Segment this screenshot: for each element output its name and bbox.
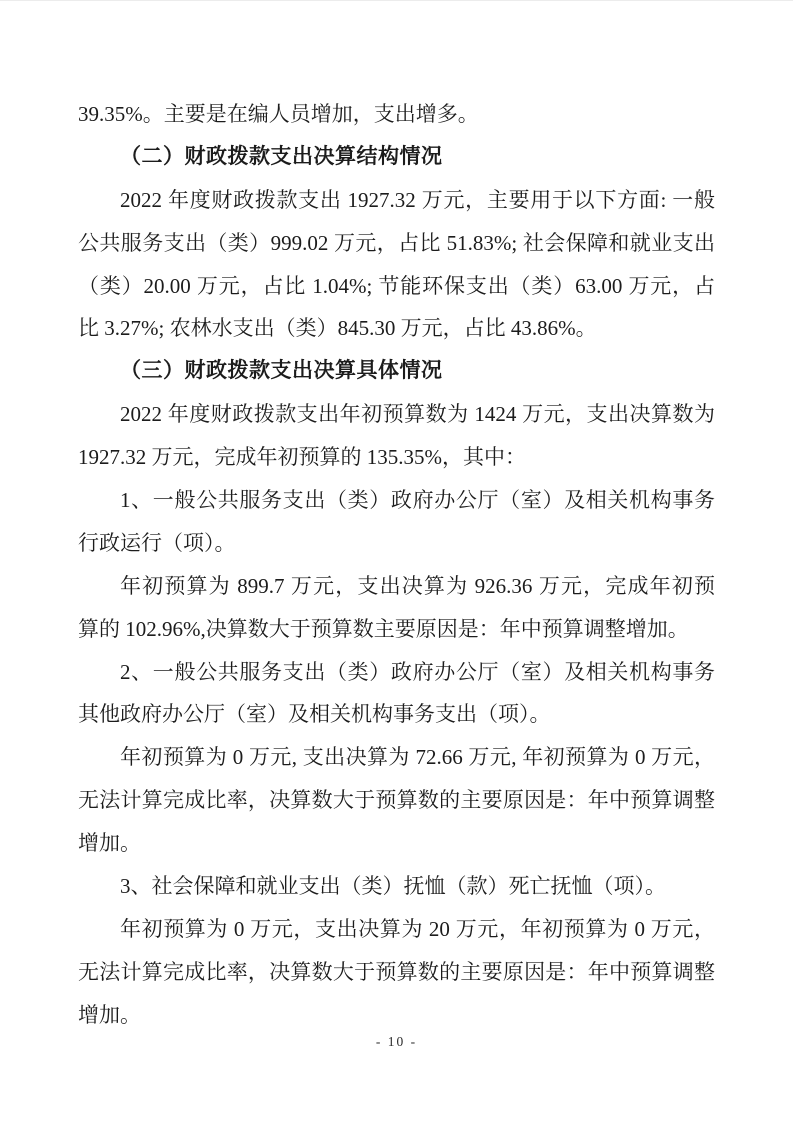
section-heading: （二）财政拨款支出决算结构情况 <box>78 136 715 179</box>
body-line: 2022 年度财政拨款支出 1927.32 万元，主要用于以下方面: 一般 <box>78 179 715 222</box>
body-line: 比 3.27%; 农林水支出（类）845.30 万元，占比 43.86%。 <box>78 307 715 350</box>
body-line: 无法计算完成比率，决算数大于预算数的主要原因是：年中预算调整 <box>78 779 715 822</box>
body-line: 算的 102.96%,决算数大于预算数主要原因是：年中预算调整增加。 <box>78 608 715 651</box>
body-line: 2、一般公共服务支出（类）政府办公厅（室）及相关机构事务（款） <box>78 651 715 694</box>
body-line: 1、一般公共服务支出（类）政府办公厅（室）及相关机构事务（款） <box>78 479 715 522</box>
body-line: （类）20.00 万元，占比 1.04%; 节能环保支出（类）63.00 万元，… <box>78 265 715 308</box>
body-line: 年初预算为 899.7 万元，支出决算为 926.36 万元，完成年初预 <box>78 565 715 608</box>
body-line: 无法计算完成比率，决算数大于预算数的主要原因是：年中预算调整 <box>78 951 715 994</box>
body-line: 39.35%。主要是在编人员增加，支出增多。 <box>78 93 715 136</box>
document-page: 39.35%。主要是在编人员增加，支出增多。 （二）财政拨款支出决算结构情况 2… <box>0 0 793 1123</box>
body-line: 1927.32 万元，完成年初预算的 135.35%，其中： <box>78 436 715 479</box>
body-line: 增加。 <box>78 994 715 1037</box>
body-line: 2022 年度财政拨款支出年初预算数为 1424 万元，支出决算数为 <box>78 393 715 436</box>
section-heading: （三）财政拨款支出决算具体情况 <box>78 350 715 393</box>
body-line: 公共服务支出（类）999.02 万元，占比 51.83%; 社会保障和就业支出 <box>78 222 715 265</box>
body-line: 年初预算为 0 万元，支出决算为 20 万元，年初预算为 0 万元， <box>78 908 715 951</box>
body-line: 3、社会保障和就业支出（类）抚恤（款）死亡抚恤（项）。 <box>78 865 715 908</box>
body-line: 其他政府办公厅（室）及相关机构事务支出（项）。 <box>78 693 715 736</box>
body-line: 年初预算为 0 万元, 支出决算为 72.66 万元, 年初预算为 0 万元， <box>78 736 715 779</box>
body-line: 行政运行（项）。 <box>78 522 715 565</box>
page-number: - 10 - <box>0 1034 793 1050</box>
body-line: 增加。 <box>78 822 715 865</box>
document-body: 39.35%。主要是在编人员增加，支出增多。 （二）财政拨款支出决算结构情况 2… <box>78 93 715 1037</box>
